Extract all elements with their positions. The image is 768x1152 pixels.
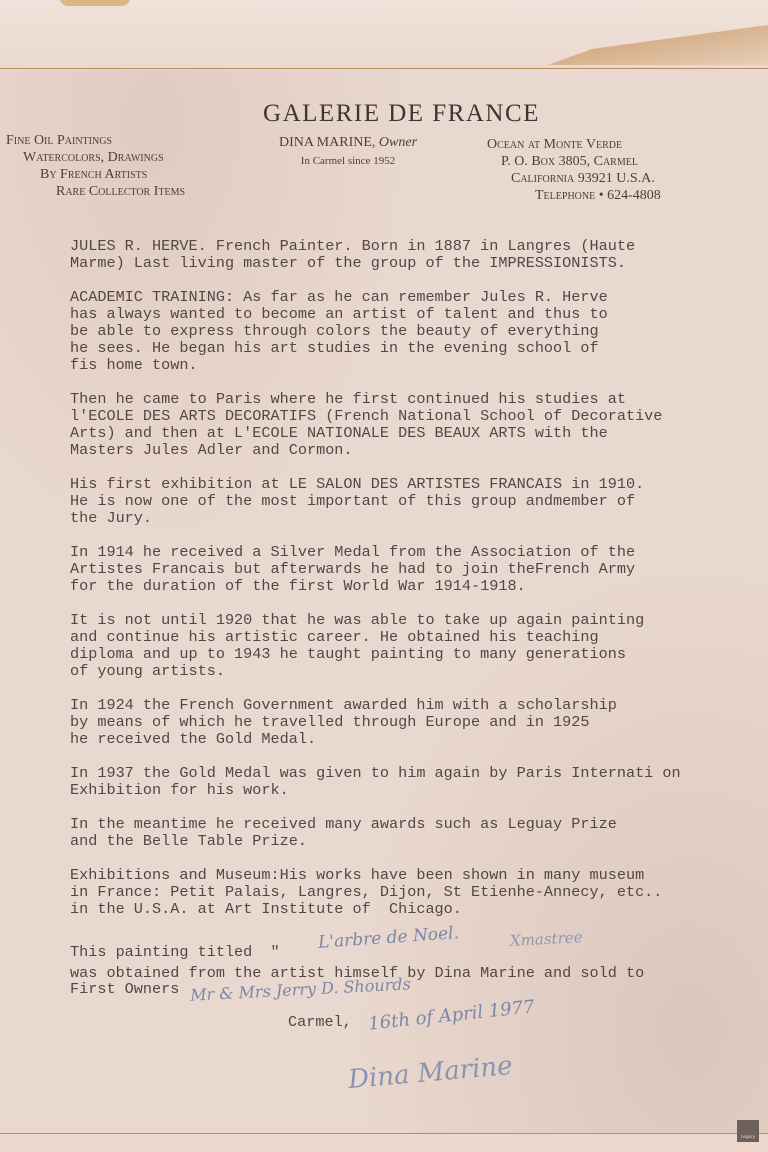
letter-body: JULES R. HERVE. French Painter. Born in …: [70, 238, 768, 935]
owner-since: In Carmel since 1952: [263, 153, 433, 170]
text-line: he sees. He began his art studies in the…: [70, 340, 768, 357]
text-line: l'ECOLE DES ARTS DECORATIFS (French Nati…: [70, 408, 768, 425]
paragraph: In 1924 the French Government awarded hi…: [70, 697, 768, 748]
watermark-label: Legacy: [741, 1134, 755, 1139]
paragraph: JULES R. HERVE. French Painter. Born in …: [70, 238, 768, 272]
letterhead-owner: DINA MARINE, Owner In Carmel since 1952: [263, 134, 433, 170]
text-line: Arts) and then at L'ECOLE NATIONALE DES …: [70, 425, 768, 442]
text-line: has always wanted to become an artist of…: [70, 306, 768, 323]
text-line: and the Belle Table Prize.: [70, 833, 768, 850]
text-line: Exhibition for his work.: [70, 782, 768, 799]
paragraph: It is not until 1920 that he was able to…: [70, 612, 768, 680]
text-line: Then he came to Paris where he first con…: [70, 391, 768, 408]
text-line: he received the Gold Medal.: [70, 731, 768, 748]
paragraph: ACADEMIC TRAINING: As far as he can reme…: [70, 289, 768, 374]
text-line: for the duration of the first World War …: [70, 578, 768, 595]
paragraph: In the meantime he received many awards …: [70, 816, 768, 850]
address-line: California 93921 U.S.A.: [487, 170, 661, 187]
service-line: Fine Oil Paintings: [6, 132, 185, 149]
text-line: His first exhibition at LE SALON DES ART…: [70, 476, 768, 493]
text-line: It is not until 1920 that he was able to…: [70, 612, 768, 629]
text-line: In the meantime he received many awards …: [70, 816, 768, 833]
text-line: in France: Petit Palais, Langres, Dijon,…: [70, 884, 768, 901]
text-line: fis home town.: [70, 357, 768, 374]
text-line: He is now one of the most important of t…: [70, 493, 768, 510]
owner-line: DINA MARINE, Owner: [263, 134, 433, 151]
text-line: of young artists.: [70, 663, 768, 680]
paragraph: In 1914 he received a Silver Medal from …: [70, 544, 768, 595]
text-line: and continue his artistic career. He obt…: [70, 629, 768, 646]
watermark-logo: Legacy: [737, 1120, 759, 1142]
paragraph: His first exhibition at LE SALON DES ART…: [70, 476, 768, 527]
owner-role: Owner: [379, 135, 417, 150]
text-line: diploma and up to 1943 he taught paintin…: [70, 646, 768, 663]
address-line: Ocean at Monte Verde: [487, 136, 661, 153]
letterhead-services: Fine Oil Paintings Watercolors, Drawings…: [6, 132, 185, 200]
text-line: Artistes Francais but afterwards he had …: [70, 561, 768, 578]
letterhead-title: GALERIE DE FRANCE: [0, 100, 768, 128]
underlying-sheet-bottom: [0, 1134, 768, 1152]
text-line: Exhibitions and Museum:His works have be…: [70, 867, 768, 884]
text-line: the Jury.: [70, 510, 768, 527]
paper-clip: [60, 0, 130, 6]
text-line: be able to express through colors the be…: [70, 323, 768, 340]
letterhead-address: Ocean at Monte Verde P. O. Box 3805, Car…: [487, 136, 661, 204]
service-line: Rare Collector Items: [6, 183, 185, 200]
address-line: Telephone • 624-4808: [487, 187, 661, 204]
service-line: By French Artists: [6, 166, 185, 183]
service-line: Watercolors, Drawings: [6, 149, 185, 166]
text-line: by means of which he travelled through E…: [70, 714, 768, 731]
address-line: P. O. Box 3805, Carmel: [487, 153, 661, 170]
text-line: In 1937 the Gold Medal was given to him …: [70, 765, 768, 782]
paragraph: Exhibitions and Museum:His works have be…: [70, 867, 768, 918]
paragraph: Then he came to Paris where he first con…: [70, 391, 768, 459]
text-line: in the U.S.A. at Art Institute of Chicag…: [70, 901, 768, 918]
text-line: ACADEMIC TRAINING: As far as he can reme…: [70, 289, 768, 306]
owner-name: DINA MARINE,: [279, 135, 375, 150]
text-line: Masters Jules Adler and Cormon.: [70, 442, 768, 459]
paragraph: In 1937 the Gold Medal was given to him …: [70, 765, 768, 799]
text-line: In 1924 the French Government awarded hi…: [70, 697, 768, 714]
text-line: Marme) Last living master of the group o…: [70, 255, 768, 272]
underlying-sheet: [0, 0, 768, 69]
text-line: JULES R. HERVE. French Painter. Born in …: [70, 238, 768, 255]
text-line: In 1914 he received a Silver Medal from …: [70, 544, 768, 561]
